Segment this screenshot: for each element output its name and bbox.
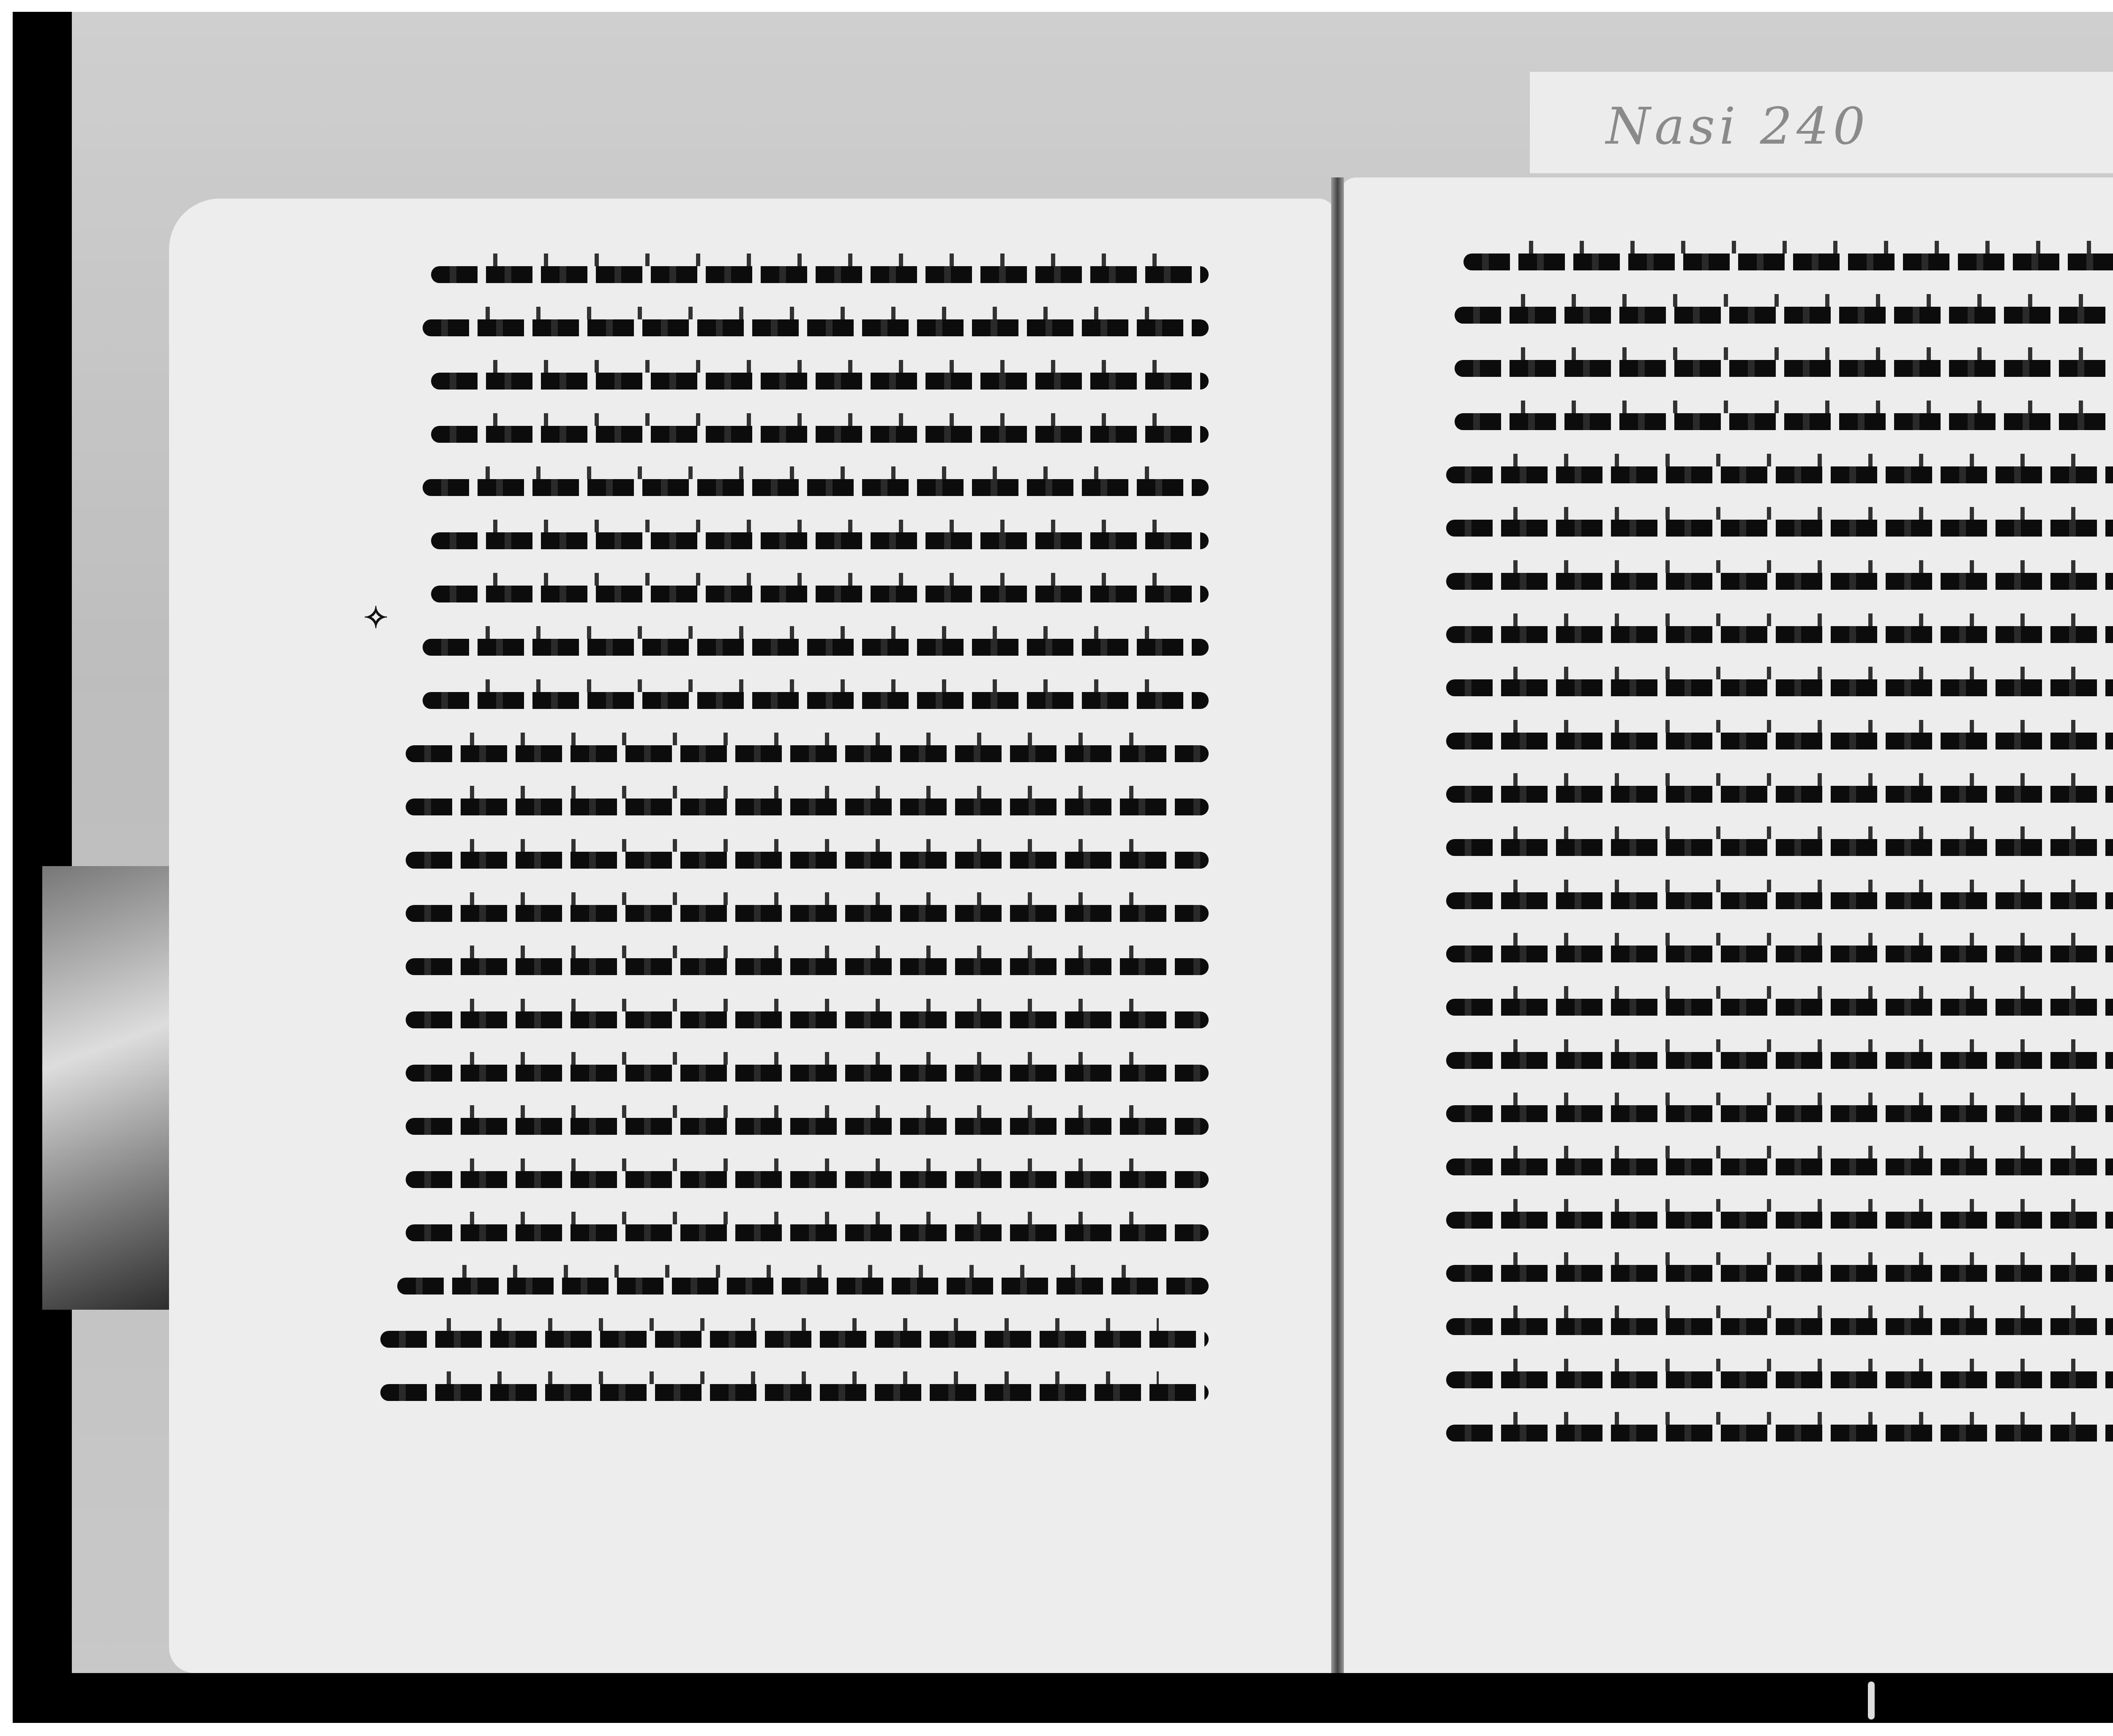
- manuscript-line: [1420, 1354, 2113, 1408]
- manuscript-line: [363, 462, 1209, 515]
- syriac-script-stroke: [397, 1278, 1209, 1295]
- syriac-script-stroke: [1455, 307, 2113, 324]
- left-page-text: [363, 249, 1209, 1420]
- syriac-script-stroke: [406, 1065, 1209, 1082]
- syriac-script-stroke: [406, 958, 1209, 975]
- syriac-script-stroke: [423, 692, 1209, 709]
- syriac-script-stroke: [423, 479, 1209, 496]
- syriac-script-stroke: [1446, 1265, 2113, 1282]
- manuscript-line: [1420, 1195, 2113, 1248]
- manuscript-line: [1420, 1088, 2113, 1142]
- manuscript-line: [1420, 1301, 2113, 1354]
- manuscript-line: [363, 1048, 1209, 1101]
- syriac-script-stroke: [1446, 1052, 2113, 1069]
- manuscript-line: [1420, 769, 2113, 822]
- manuscript-line: [363, 409, 1209, 462]
- photo-bottom-border: [13, 1673, 2113, 1723]
- manuscript-line: [1420, 609, 2113, 662]
- syriac-script-stroke: [1446, 1371, 2113, 1388]
- syriac-script-stroke: [380, 1384, 1209, 1401]
- manuscript-line: [1420, 662, 2113, 716]
- manuscript-line: [1420, 875, 2113, 929]
- manuscript-line: [363, 1314, 1209, 1367]
- manuscript-line: [363, 1101, 1209, 1154]
- film-mark: [1868, 1681, 1875, 1720]
- syriac-script-stroke: [1446, 1105, 2113, 1122]
- syriac-script-stroke: [1446, 1158, 2113, 1175]
- syriac-script-stroke: [431, 586, 1209, 602]
- syriac-script-stroke: [431, 426, 1209, 443]
- syriac-script-stroke: [406, 745, 1209, 762]
- syriac-script-stroke: [431, 373, 1209, 390]
- syriac-script-stroke: [1446, 1212, 2113, 1229]
- syriac-script-stroke: [406, 852, 1209, 869]
- syriac-script-stroke: [431, 532, 1209, 549]
- syriac-script-stroke: [1446, 733, 2113, 749]
- catalog-label: Nasi 240: [1606, 97, 1870, 156]
- syriac-script-stroke: [423, 639, 1209, 656]
- manuscript-line: [1420, 556, 2113, 609]
- syriac-script-stroke: [1463, 253, 2113, 270]
- syriac-script-stroke: [406, 1171, 1209, 1188]
- manuscript-line: [363, 835, 1209, 888]
- manuscript-line: [1420, 929, 2113, 982]
- manuscript-line: [363, 569, 1209, 622]
- syriac-script-stroke: [1446, 520, 2113, 537]
- syriac-script-stroke: [1446, 946, 2113, 962]
- manuscript-line: [363, 622, 1209, 675]
- syriac-script-stroke: [1446, 1425, 2113, 1442]
- syriac-script-stroke: [1446, 839, 2113, 856]
- right-page-text: [1420, 237, 2113, 1514]
- manuscript-line: [1420, 716, 2113, 769]
- manuscript-line: [1420, 1035, 2113, 1088]
- syriac-script-stroke: [406, 1118, 1209, 1135]
- manuscript-line: [363, 1207, 1209, 1261]
- syriac-script-stroke: [406, 1224, 1209, 1241]
- manuscript-line: [1420, 982, 2113, 1035]
- manuscript-line: [1420, 343, 2113, 396]
- manuscript-line: [1420, 396, 2113, 450]
- syriac-script-stroke: [1446, 999, 2113, 1016]
- manuscript-line: [1420, 1142, 2113, 1195]
- manuscript-line: [1420, 290, 2113, 343]
- syriac-script-stroke: [1455, 360, 2113, 377]
- syriac-script-stroke: [1446, 626, 2113, 643]
- manuscript-line: [363, 888, 1209, 941]
- syriac-script-stroke: [406, 799, 1209, 815]
- syriac-script-stroke: [1446, 466, 2113, 483]
- manuscript-line: [1420, 1461, 2113, 1514]
- manuscript-line: [363, 1261, 1209, 1314]
- syriac-script-stroke: [1446, 786, 2113, 803]
- manuscript-line: [363, 675, 1209, 728]
- manuscript-line: [363, 1367, 1209, 1420]
- left-marginal-note: ✧: [363, 600, 388, 635]
- syriac-script-stroke: [431, 266, 1209, 283]
- book-gutter: [1331, 177, 1344, 1673]
- manuscript-line: [1420, 822, 2113, 875]
- syriac-script-stroke: [1446, 679, 2113, 696]
- manuscript-line: [363, 728, 1209, 782]
- manuscript-line: [363, 941, 1209, 995]
- syriac-script-stroke: [406, 1011, 1209, 1028]
- manuscript-line: [363, 782, 1209, 835]
- syriac-script-stroke: [1446, 1318, 2113, 1335]
- syriac-script-stroke: [380, 1331, 1209, 1348]
- syriac-script-stroke: [1455, 413, 2113, 430]
- manuscript-line: [1420, 1408, 2113, 1461]
- manuscript-line: [363, 249, 1209, 303]
- syriac-script-stroke: [423, 319, 1209, 336]
- manuscript-line: [363, 303, 1209, 356]
- syriac-script-stroke: [406, 905, 1209, 922]
- syriac-script-stroke: [1446, 573, 2113, 590]
- manuscript-line: [363, 1154, 1209, 1207]
- syriac-script-stroke: [1446, 892, 2113, 909]
- manuscript-line: [363, 356, 1209, 409]
- manuscript-line: [1420, 503, 2113, 556]
- manuscript-line: [363, 995, 1209, 1048]
- manuscript-line: [363, 515, 1209, 569]
- manuscript-line: [1420, 1248, 2113, 1301]
- manuscript-line: [1420, 237, 2113, 290]
- manuscript-line: [1420, 450, 2113, 503]
